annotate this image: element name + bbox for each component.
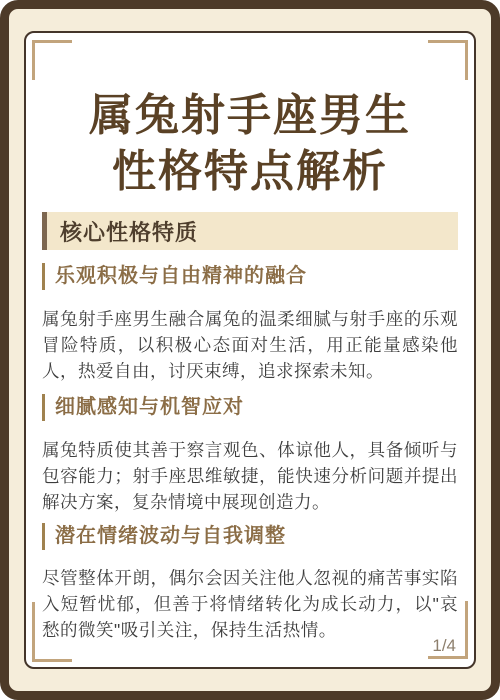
page-title: 属兔射手座男生 性格特点解析 [26, 88, 474, 200]
page-title-line-2: 性格特点解析 [112, 147, 388, 196]
page-title-line-1: 属兔射手座男生 [89, 91, 411, 140]
corner-bracket-top-right [428, 40, 468, 80]
paragraph-3: 尽管整体开朗，偶尔会因关注他人忽视的痛苦事实陷入短暂忧郁，但善于将情绪转化为成长… [42, 565, 458, 643]
corner-bracket-bottom-left [32, 602, 72, 662]
paragraph-1: 属兔射手座男生融合属兔的温柔细腻与射手座的乐观冒险特质，以积极心态面对生活，用正… [42, 306, 458, 384]
subsection-heading-1: 乐观积极与自由精神的融合 [42, 263, 458, 290]
paragraph-2: 属兔特质使其善于察言观色、体谅他人，具备倾听与包容能力；射手座思维敏捷，能快速分… [42, 437, 458, 515]
section-header-label: 核心性格特质 [60, 216, 198, 247]
corner-bracket-top-left [32, 40, 72, 80]
page-number: 1/4 [432, 636, 456, 656]
subsection-heading-2: 细腻感知与机智应对 [42, 394, 458, 421]
subsection-heading-3: 潜在情绪波动与自我调整 [42, 523, 458, 550]
content-card: 属兔射手座男生 性格特点解析 核心性格特质 乐观积极与自由精神的融合 属兔射手座… [24, 31, 476, 669]
section-header-bar: 核心性格特质 [42, 212, 458, 250]
page-frame: 属兔射手座男生 性格特点解析 核心性格特质 乐观积极与自由精神的融合 属兔射手座… [0, 0, 500, 700]
